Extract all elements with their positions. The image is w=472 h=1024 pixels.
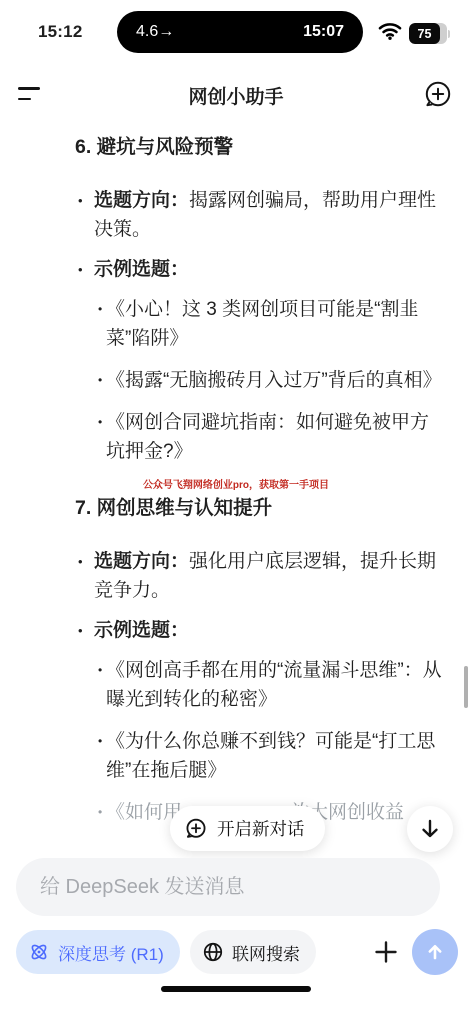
websearch-label: 联网搜索 — [232, 940, 300, 965]
atom-icon — [28, 941, 50, 963]
plus-icon — [372, 938, 400, 966]
section-heading: 7. 网创思维与认知提升 — [75, 494, 432, 523]
island-left-text: 4.6→ — [136, 23, 174, 41]
bullet-dot: • — [98, 798, 106, 827]
example-item: • 《网创高手都在用的“流量漏斗思维”：从曝光到转化的秘密》 — [98, 656, 444, 714]
websearch-toggle[interactable]: 联网搜索 — [190, 930, 316, 974]
bullet-label: 选题方向： — [94, 190, 189, 211]
bullet-direction: • 选题方向：揭露网创骗局，帮助用户理性决策。 — [78, 186, 438, 244]
message-input-container — [16, 858, 440, 916]
bullet-dot: • — [98, 295, 106, 353]
bullet-examples-label: • 示例选题： — [78, 255, 438, 284]
example-item: • 《网创合同避坑指南：如何避免被甲方坑押金?》 — [98, 408, 444, 466]
new-chat-icon[interactable] — [421, 78, 455, 112]
bullet-dot: • — [78, 547, 94, 605]
section-heading: 6. 避坑与风险预警 — [75, 133, 432, 162]
bullet-direction: • 选题方向：强化用户底层逻辑，提升长期竞争力。 — [78, 547, 438, 605]
clock-time: 15:12 — [38, 22, 82, 42]
battery-percent: 75 — [409, 23, 440, 44]
status-icons: 75 — [378, 22, 450, 45]
example-text: 《为什么你总赚不到钱？可能是“打工思维”在拖后腿》 — [106, 727, 444, 785]
attachment-plus-button[interactable] — [364, 930, 408, 974]
bullet-dot: • — [98, 656, 106, 714]
deepthink-toggle[interactable]: 深度思考 (R1) — [16, 930, 180, 974]
bullet-dot: • — [78, 255, 94, 284]
phone-screen: 15:12 4.6→ 15:07 75 网创小助手 — [0, 0, 472, 1024]
globe-icon — [202, 941, 224, 963]
bullet-dot: • — [98, 727, 106, 785]
bullet-dot: • — [78, 186, 94, 244]
example-item: • 《小心！这 3 类网创项目可能是“割韭菜”陷阱》 — [98, 295, 444, 353]
battery-icon: 75 — [409, 23, 450, 44]
page-title: 网创小助手 — [0, 82, 472, 109]
bullet-label: 示例选题： — [94, 620, 189, 641]
scroll-to-bottom-button[interactable] — [407, 806, 453, 852]
example-item: • 《为什么你总赚不到钱？可能是“打工思维”在拖后腿》 — [98, 727, 444, 785]
chat-plus-icon — [183, 816, 209, 842]
scrollbar-thumb[interactable] — [464, 666, 468, 708]
bullet-dot: • — [98, 366, 106, 395]
message-input[interactable] — [16, 858, 440, 916]
status-bar: 15:12 4.6→ 15:07 75 — [0, 0, 472, 58]
wifi-icon — [378, 22, 402, 45]
deepthink-label: 深度思考 (R1) — [58, 940, 164, 965]
dynamic-island[interactable]: 4.6→ 15:07 — [117, 11, 363, 53]
new-chat-button[interactable]: 开启新对话 — [170, 806, 325, 851]
bullet-label: 示例选题： — [94, 259, 189, 280]
home-indicator[interactable] — [161, 986, 311, 992]
island-time: 15:07 — [303, 23, 344, 41]
example-text: 《网创高手都在用的“流量漏斗思维”：从曝光到转化的秘密》 — [106, 656, 444, 714]
bullet-label: 选题方向： — [94, 551, 189, 572]
example-item: • 《揭露“无脑搬砖月入过万”背后的真相》 — [98, 366, 444, 395]
app-header: 网创小助手 — [0, 70, 472, 120]
arrow-down-icon — [418, 817, 442, 841]
bullet-examples-label: • 示例选题： — [78, 616, 438, 645]
bullet-dot: • — [78, 616, 94, 645]
example-text: 《网创合同避坑指南：如何避免被甲方坑押金?》 — [106, 408, 444, 466]
bullet-dot: • — [98, 408, 106, 466]
chat-message-content: 6. 避坑与风险预警 • 选题方向：揭露网创骗局，帮助用户理性决策。 • 示例选… — [0, 125, 472, 860]
example-text: 《小心！这 3 类网创项目可能是“割韭菜”陷阱》 — [106, 295, 444, 353]
arrow-up-icon — [424, 941, 446, 963]
new-chat-label: 开启新对话 — [217, 816, 305, 841]
send-button[interactable] — [412, 929, 458, 975]
watermark-text: 公众号飞翔网络创业pro，获取第一手项目 — [0, 479, 472, 492]
example-text: 《揭露“无脑搬砖月入过万”背后的真相》 — [106, 366, 442, 395]
